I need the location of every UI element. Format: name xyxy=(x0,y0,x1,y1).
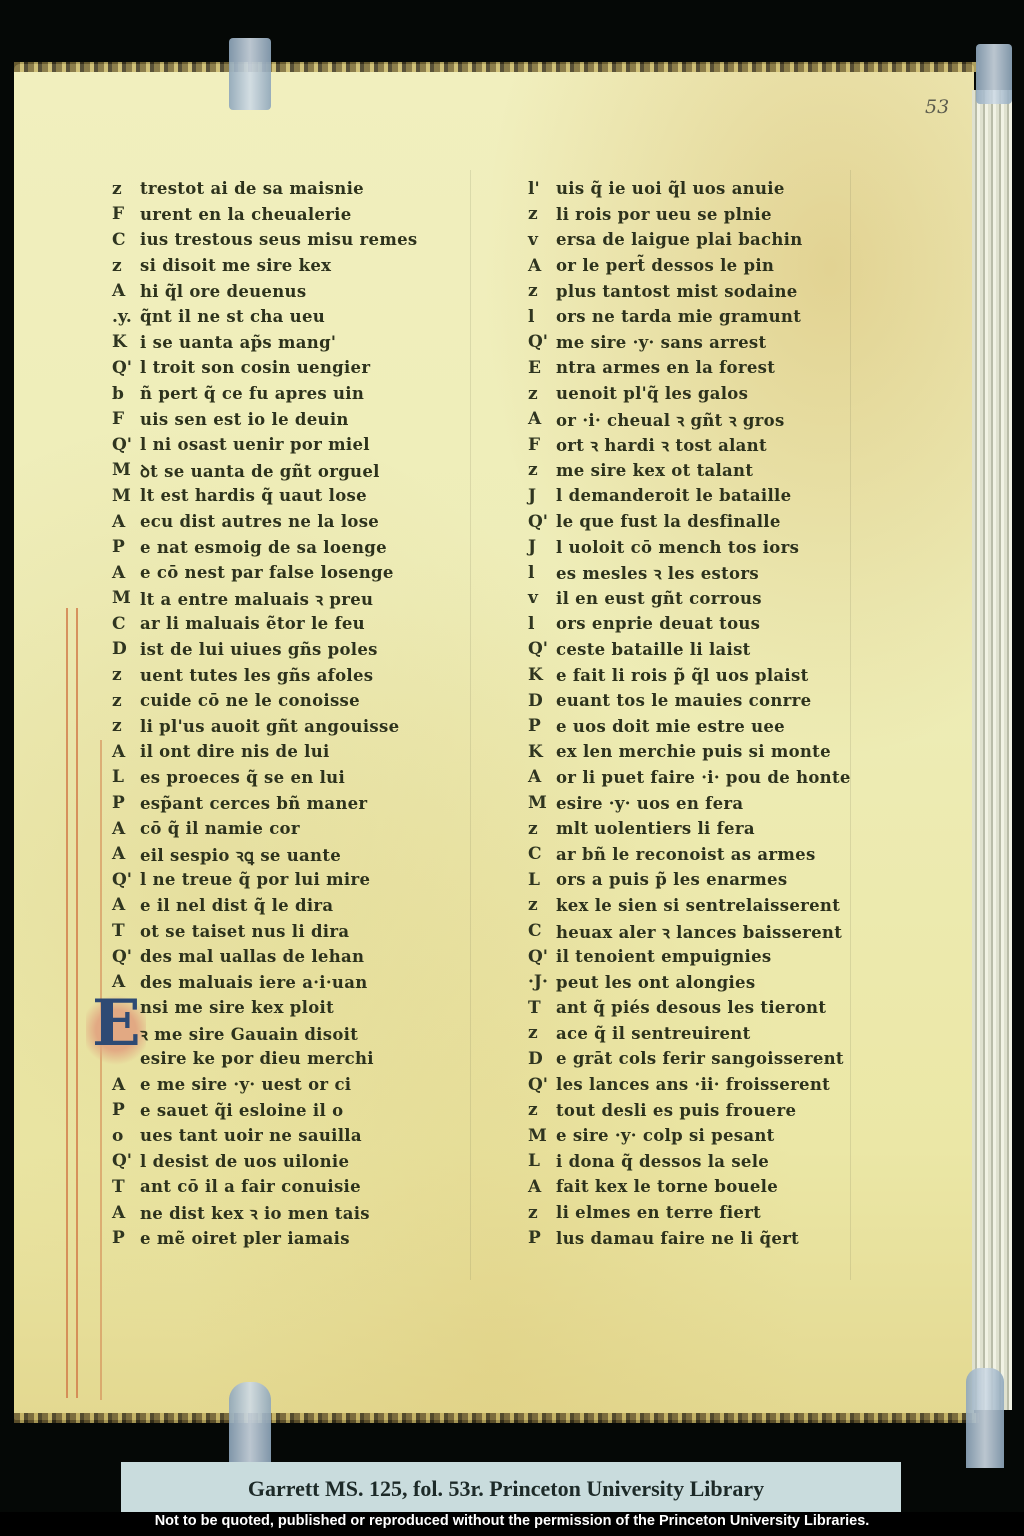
page-top-edge xyxy=(14,62,979,72)
line-text: ꝛ me sire Gauain disoit xyxy=(140,1022,358,1045)
verse-line: les mesles ꝛ les estors xyxy=(528,560,858,586)
line-initial: P xyxy=(528,716,556,736)
line-initial: A xyxy=(112,819,140,839)
line-initial: z xyxy=(112,716,140,736)
verse-line: nsi me sire kex ploit xyxy=(112,995,442,1021)
line-text: me sire kex ot talant xyxy=(556,461,753,480)
verse-line: Q'me sire ·y· sans arrest xyxy=(528,330,858,356)
verse-line: Jl demanderoit le bataille xyxy=(528,483,858,509)
verse-line: Q'les lances ans ·ii· froisserent xyxy=(528,1072,858,1098)
page-bottom-edge xyxy=(14,1413,979,1423)
verse-line: Ae il nel dist q̃ le dira xyxy=(112,893,442,919)
folio-number: 53 xyxy=(925,96,949,118)
line-text: l ne treue q̃ por lui mire xyxy=(140,870,370,889)
verse-line: Me sire ·y· colp si pesant xyxy=(528,1123,858,1149)
line-initial: Q' xyxy=(112,1151,140,1171)
line-initial: z xyxy=(528,895,556,915)
line-text: fait kex le torne bouele xyxy=(556,1177,778,1196)
line-text: e me sire ·y· uest or ci xyxy=(140,1075,351,1094)
verse-line: Li dona q̃ dessos la sele xyxy=(528,1149,858,1175)
line-initial: A xyxy=(528,767,556,787)
line-initial: z xyxy=(112,691,140,711)
line-text: e sauet q̃i esloine il o xyxy=(140,1101,343,1120)
line-text: e mẽ oiret pler iamais xyxy=(140,1229,350,1248)
line-initial: F xyxy=(112,204,140,224)
verse-line: Q'l ne treue q̃ por lui mire xyxy=(112,867,442,893)
verse-line: Dist de lui uiues gñs poles xyxy=(112,637,442,663)
line-initial: T xyxy=(112,1177,140,1197)
line-text: uis q̃ ie uoi q̃l uos anuie xyxy=(556,179,785,198)
line-text: li rois por ueu se plnie xyxy=(556,205,772,224)
line-initial: P xyxy=(112,1100,140,1120)
line-text: es mesles ꝛ les estors xyxy=(556,561,759,584)
verse-line: Aecu dist autres ne la lose xyxy=(112,509,442,535)
verse-line: Q'l desist de uos uilonie xyxy=(112,1149,442,1175)
line-initial: v xyxy=(528,230,556,250)
line-initial: Q' xyxy=(528,947,556,967)
line-text: ors a puis p̃ les enarmes xyxy=(556,870,787,889)
verse-line: zli elmes en terre fiert xyxy=(528,1200,858,1226)
verse-line: zace q̃ il sentreuirent xyxy=(528,1021,858,1047)
verse-line: Tant cō il a fair conuisie xyxy=(112,1174,442,1200)
line-text: or li puet faire ·i· pou de honte xyxy=(556,768,851,787)
clip-top-right xyxy=(976,44,1012,104)
verse-line: Car li maluais ẽtor le feu xyxy=(112,611,442,637)
verse-line: Pesp̃ant cerces bñ maner xyxy=(112,790,442,816)
line-text: i se uanta ap̃s mang' xyxy=(140,333,336,352)
verse-line: Q'le que fust la desfinalle xyxy=(528,509,858,535)
verse-line: Jl uoloit cō mench tos iors xyxy=(528,534,858,560)
line-text: ar li maluais ẽtor le feu xyxy=(140,614,365,633)
line-text: cō q̃ il namie cor xyxy=(140,819,300,838)
line-text: urent en la cheualerie xyxy=(140,205,352,224)
line-text: ecu dist autres ne la lose xyxy=(140,512,379,531)
verse-line: Q'ceste bataille li laist xyxy=(528,637,858,663)
line-text: e il nel dist q̃ le dira xyxy=(140,896,333,915)
line-text: l ni osast uenir por miel xyxy=(140,435,370,454)
line-initial: K xyxy=(528,665,556,685)
line-text: tout desli es puis frouere xyxy=(556,1101,796,1120)
line-initial: z xyxy=(528,460,556,480)
verse-line: Ae cō nest par false losenge xyxy=(112,560,442,586)
line-initial: A xyxy=(112,512,140,532)
line-initial: .y. xyxy=(112,307,140,327)
line-initial: D xyxy=(528,691,556,711)
verse-line: Ae me sire ·y· uest or ci xyxy=(112,1072,442,1098)
clip-top-left xyxy=(229,38,271,110)
line-initial: Q' xyxy=(112,870,140,890)
line-initial: T xyxy=(528,998,556,1018)
verse-line: Les proeces q̃ se en lui xyxy=(112,765,442,791)
verse-line: vil en eust gñt corrous xyxy=(528,586,858,612)
verse-line: Tot se taiset nus li dira xyxy=(112,918,442,944)
verse-line: ztout desli es puis frouere xyxy=(528,1097,858,1123)
line-initial: K xyxy=(528,742,556,762)
verse-line: Kex len merchie puis si monte xyxy=(528,739,858,765)
verse-line: Afait kex le torne bouele xyxy=(528,1174,858,1200)
line-text: heuax aler ꝛ lances baisserent xyxy=(556,920,842,943)
line-initial: A xyxy=(112,563,140,583)
verse-line: zuenoit pl'q̃ les galos xyxy=(528,381,858,407)
verse-line: Fort ꝛ hardi ꝛ tost alant xyxy=(528,432,858,458)
line-text: ceste bataille li laist xyxy=(556,640,751,659)
verse-line: Deuant tos le mauies conrre xyxy=(528,688,858,714)
line-text: ors ne tarda mie gramunt xyxy=(556,307,801,326)
verse-line: Pe sauet q̃i esloine il o xyxy=(112,1097,442,1123)
line-initial: C xyxy=(112,614,140,634)
line-initial: M xyxy=(112,588,140,608)
verse-line: Aor ·i· cheual ꝛ gñt ꝛ gros xyxy=(528,406,858,432)
line-initial: M xyxy=(528,793,556,813)
verse-line: oues tant uoir ne sauilla xyxy=(112,1123,442,1149)
line-text: e nat esmoig de sa loenge xyxy=(140,538,387,557)
verse-line: Mlt a entre maluais ꝛ preu xyxy=(112,586,442,612)
line-text: ñ pert q̃ ce fu apres uin xyxy=(140,384,364,403)
verse-line: zsi disoit me sire kex xyxy=(112,253,442,279)
verse-line: Pe uos doit mie estre uee xyxy=(528,713,858,739)
line-text: ist de lui uiues gñs poles xyxy=(140,640,378,659)
line-text: ne dist kex ꝛ io men tais xyxy=(140,1201,370,1224)
column-ruling-left xyxy=(470,170,471,1280)
line-text: uis sen est io le deuin xyxy=(140,410,349,429)
line-initial: A xyxy=(112,281,140,301)
line-text: or ·i· cheual ꝛ gñt ꝛ gros xyxy=(556,408,785,431)
line-initial: Q' xyxy=(112,947,140,967)
verse-line: ꝛ me sire Gauain disoit xyxy=(112,1021,442,1047)
verse-line: Lors a puis p̃ les enarmes xyxy=(528,867,858,893)
line-initial: ·J· xyxy=(528,972,556,992)
clip-bottom-right xyxy=(966,1368,1004,1468)
verse-line: zme sire kex ot talant xyxy=(528,458,858,484)
line-initial: z xyxy=(528,1023,556,1043)
line-text: il ont dire nis de lui xyxy=(140,742,330,761)
line-text: l desist de uos uilonie xyxy=(140,1152,349,1171)
line-initial: A xyxy=(528,256,556,276)
verse-line: Furent en la cheualerie xyxy=(112,202,442,228)
line-text: uent tutes les gñs afoles xyxy=(140,666,373,685)
verse-line: Fuis sen est io le deuin xyxy=(112,406,442,432)
verse-line: Ane dist kex ꝛ io men tais xyxy=(112,1200,442,1226)
verse-line: esire ke por dieu merchi xyxy=(112,1046,442,1072)
line-text: ꝺt se uanta de gñt orguel xyxy=(140,459,380,482)
line-initial: o xyxy=(112,1126,140,1146)
caption-text: Garrett MS. 125, fol. 53r. Princeton Uni… xyxy=(166,1476,846,1502)
line-text: me sire ·y· sans arrest xyxy=(556,333,766,352)
line-initial: J xyxy=(528,537,556,557)
line-initial: Q' xyxy=(112,435,140,455)
line-initial: z xyxy=(528,281,556,301)
line-initial: z xyxy=(528,384,556,404)
rubric-border-decoration xyxy=(66,608,78,1398)
line-initial: A xyxy=(112,1075,140,1095)
line-initial: C xyxy=(112,230,140,250)
line-text: il tenoient empuignies xyxy=(556,947,771,966)
line-text: li elmes en terre fiert xyxy=(556,1203,761,1222)
verse-line: Acō q̃ il namie cor xyxy=(112,816,442,842)
line-text: li pl'us auoit gñt angouisse xyxy=(140,717,399,736)
verse-line: Car bñ le reconoist as armes xyxy=(528,841,858,867)
line-initial: A xyxy=(112,1203,140,1223)
line-initial: z xyxy=(112,256,140,276)
line-text: l demanderoit le bataille xyxy=(556,486,791,505)
line-initial: l xyxy=(528,614,556,634)
line-initial: P xyxy=(528,1228,556,1248)
line-text: ant cō il a fair conuisie xyxy=(140,1177,361,1196)
line-initial: Q' xyxy=(528,332,556,352)
line-text: ors enprie deuat tous xyxy=(556,614,760,633)
line-text: uenoit pl'q̃ les galos xyxy=(556,384,748,403)
verse-line: zcuide cō ne le conoisse xyxy=(112,688,442,714)
line-initial: F xyxy=(112,409,140,429)
verse-line: zuent tutes les gñs afoles xyxy=(112,662,442,688)
line-initial: K xyxy=(112,332,140,352)
line-initial: T xyxy=(112,921,140,941)
line-text: cuide cō ne le conoisse xyxy=(140,691,360,710)
verse-line: Q'l troit son cosin uengier xyxy=(112,355,442,381)
line-initial: Q' xyxy=(528,1075,556,1095)
left-text-column: ztrestot ai de sa maisnieFurent en la ch… xyxy=(112,176,442,1251)
verse-line: zli rois por ueu se plnie xyxy=(528,202,858,228)
line-initial: Q' xyxy=(112,358,140,378)
verse-line: ztrestot ai de sa maisnie xyxy=(112,176,442,202)
line-initial: M xyxy=(112,460,140,480)
verse-line: Aeil sespio ꝛꝗ se uante xyxy=(112,841,442,867)
line-initial: z xyxy=(528,819,556,839)
right-text-column: l'uis q̃ ie uoi q̃l uos anuiezli rois po… xyxy=(528,176,858,1251)
verse-line: Tant q̃ piés desous les tieront xyxy=(528,995,858,1021)
verse-line: Ail ont dire nis de lui xyxy=(112,739,442,765)
verse-line: Aor le pert̃ dessos le pin xyxy=(528,253,858,279)
verse-line: Ke fait li rois p̃ q̃l uos plaist xyxy=(528,662,858,688)
line-text: l troit son cosin uengier xyxy=(140,358,370,377)
line-text: si disoit me sire kex xyxy=(140,256,331,275)
verse-line: Pe mẽ oiret pler iamais xyxy=(112,1225,442,1251)
verse-line: ·J·peut les ont alongies xyxy=(528,969,858,995)
line-text: or le pert̃ dessos le pin xyxy=(556,256,774,275)
line-text: kex le sien si sentrelaisserent xyxy=(556,896,840,915)
line-initial: l' xyxy=(528,179,556,199)
line-text: euant tos le mauies conrre xyxy=(556,691,811,710)
line-text: ort ꝛ hardi ꝛ tost alant xyxy=(556,433,767,456)
clip-bottom-left xyxy=(229,1382,271,1472)
line-initial: M xyxy=(528,1126,556,1146)
line-text: e cō nest par false losenge xyxy=(140,563,394,582)
line-text: ant q̃ piés desous les tieront xyxy=(556,998,826,1017)
line-text: il en eust gñt corrous xyxy=(556,589,762,608)
line-initial: P xyxy=(112,793,140,813)
line-text: ex len merchie puis si monte xyxy=(556,742,831,761)
verse-line: Q'des mal uallas de lehan xyxy=(112,944,442,970)
line-text: le que fust la desfinalle xyxy=(556,512,781,531)
line-initial: Q' xyxy=(528,512,556,532)
line-text: ues tant uoir ne sauilla xyxy=(140,1126,362,1145)
line-initial: D xyxy=(528,1049,556,1069)
line-initial: z xyxy=(528,1203,556,1223)
line-initial: E xyxy=(528,358,556,378)
line-initial: D xyxy=(112,639,140,659)
rubric-border-inner xyxy=(100,740,106,1400)
verse-line: Mꝺt se uanta de gñt orguel xyxy=(112,458,442,484)
line-text: lt a entre maluais ꝛ preu xyxy=(140,587,373,610)
line-text: es proeces q̃ se en lui xyxy=(140,768,345,787)
verse-line: Ahi q̃l ore deuenus xyxy=(112,278,442,304)
line-text: ersa de laigue plai bachin xyxy=(556,230,803,249)
line-initial: A xyxy=(528,409,556,429)
line-text: mlt uolentiers li fera xyxy=(556,819,755,838)
verse-line: lors enprie deuat tous xyxy=(528,611,858,637)
line-initial: A xyxy=(112,844,140,864)
line-text: e sire ·y· colp si pesant xyxy=(556,1126,775,1145)
line-initial: l xyxy=(528,563,556,583)
line-text: trestot ai de sa maisnie xyxy=(140,179,364,198)
line-text: esp̃ant cerces bñ maner xyxy=(140,794,367,813)
verse-line: zli pl'us auoit gñt angouisse xyxy=(112,713,442,739)
verse-line: l'uis q̃ ie uoi q̃l uos anuie xyxy=(528,176,858,202)
line-text: l uoloit cō mench tos iors xyxy=(556,538,799,557)
line-text: ius trestous seus misu remes xyxy=(140,230,417,249)
verse-line: Cheuax aler ꝛ lances baisserent xyxy=(528,918,858,944)
verse-line: .y.q̃nt il ne st cha ueu xyxy=(112,304,442,330)
line-initial: Q' xyxy=(528,639,556,659)
page-stack-edge xyxy=(972,90,1012,1410)
line-text: i dona q̃ dessos la sele xyxy=(556,1152,769,1171)
line-initial: P xyxy=(112,1228,140,1248)
line-text: esire ke por dieu merchi xyxy=(140,1049,374,1068)
verse-line: Mlt est hardis q̃ uaut lose xyxy=(112,483,442,509)
verse-line: Plus damau faire ne li q̃ert xyxy=(528,1225,858,1251)
verse-line: zkex le sien si sentrelaisserent xyxy=(528,893,858,919)
line-initial: F xyxy=(528,435,556,455)
line-text: les lances ans ·ii· froisserent xyxy=(556,1075,830,1094)
line-initial: P xyxy=(112,537,140,557)
verse-line: bñ pert q̃ ce fu apres uin xyxy=(112,381,442,407)
line-initial: A xyxy=(112,895,140,915)
line-text: des mal uallas de lehan xyxy=(140,947,364,966)
line-initial: l xyxy=(528,307,556,327)
line-initial: L xyxy=(528,1151,556,1171)
line-text: ace q̃ il sentreuirent xyxy=(556,1024,751,1043)
verse-line: Ki se uanta ap̃s mang' xyxy=(112,330,442,356)
line-initial: C xyxy=(528,921,556,941)
copyright-notice: Not to be quoted, published or reproduce… xyxy=(0,1513,1024,1529)
verse-line: De grāt cols ferir sangoisserent xyxy=(528,1046,858,1072)
verse-line: Pe nat esmoig de sa loenge xyxy=(112,534,442,560)
verse-line: Mesire ·y· uos en fera xyxy=(528,790,858,816)
verse-line: Entra armes en la forest xyxy=(528,355,858,381)
line-initial: C xyxy=(528,844,556,864)
line-text: e uos doit mie estre uee xyxy=(556,717,785,736)
verse-line: Ades maluais iere a·i·uan xyxy=(112,969,442,995)
line-initial: v xyxy=(528,588,556,608)
line-text: plus tantost mist sodaine xyxy=(556,282,798,301)
line-initial: z xyxy=(112,665,140,685)
line-initial: A xyxy=(112,742,140,762)
verse-line: Q'l ni osast uenir por miel xyxy=(112,432,442,458)
line-text: peut les ont alongies xyxy=(556,973,755,992)
line-text: ar bñ le reconoist as armes xyxy=(556,845,816,864)
verse-line: Cius trestous seus misu remes xyxy=(112,227,442,253)
line-text: lt est hardis q̃ uaut lose xyxy=(140,486,367,505)
line-text: nsi me sire kex ploit xyxy=(140,998,334,1017)
line-text: q̃nt il ne st cha ueu xyxy=(140,307,325,326)
line-initial: b xyxy=(112,384,140,404)
line-initial: A xyxy=(528,1177,556,1197)
line-text: des maluais iere a·i·uan xyxy=(140,973,368,992)
line-initial: J xyxy=(528,486,556,506)
line-initial: z xyxy=(528,1100,556,1120)
line-initial: z xyxy=(528,204,556,224)
line-text: e grāt cols ferir sangoisserent xyxy=(556,1049,844,1068)
line-initial: L xyxy=(112,767,140,787)
verse-line: versa de laigue plai bachin xyxy=(528,227,858,253)
line-text: lus damau faire ne li q̃ert xyxy=(556,1229,799,1248)
verse-line: Q'il tenoient empuignies xyxy=(528,944,858,970)
line-text: ot se taiset nus li dira xyxy=(140,922,349,941)
line-initial: L xyxy=(528,870,556,890)
line-text: eil sespio ꝛꝗ se uante xyxy=(140,843,341,866)
line-initial: z xyxy=(112,179,140,199)
verse-line: zmlt uolentiers li fera xyxy=(528,816,858,842)
line-text: ntra armes en la forest xyxy=(556,358,775,377)
verse-line: Aor li puet faire ·i· pou de honte xyxy=(528,765,858,791)
line-initial: A xyxy=(112,972,140,992)
line-text: esire ·y· uos en fera xyxy=(556,794,743,813)
line-initial: M xyxy=(112,486,140,506)
verse-line: zplus tantost mist sodaine xyxy=(528,278,858,304)
verse-line: lors ne tarda mie gramunt xyxy=(528,304,858,330)
line-text: hi q̃l ore deuenus xyxy=(140,282,306,301)
line-text: e fait li rois p̃ q̃l uos plaist xyxy=(556,666,809,685)
